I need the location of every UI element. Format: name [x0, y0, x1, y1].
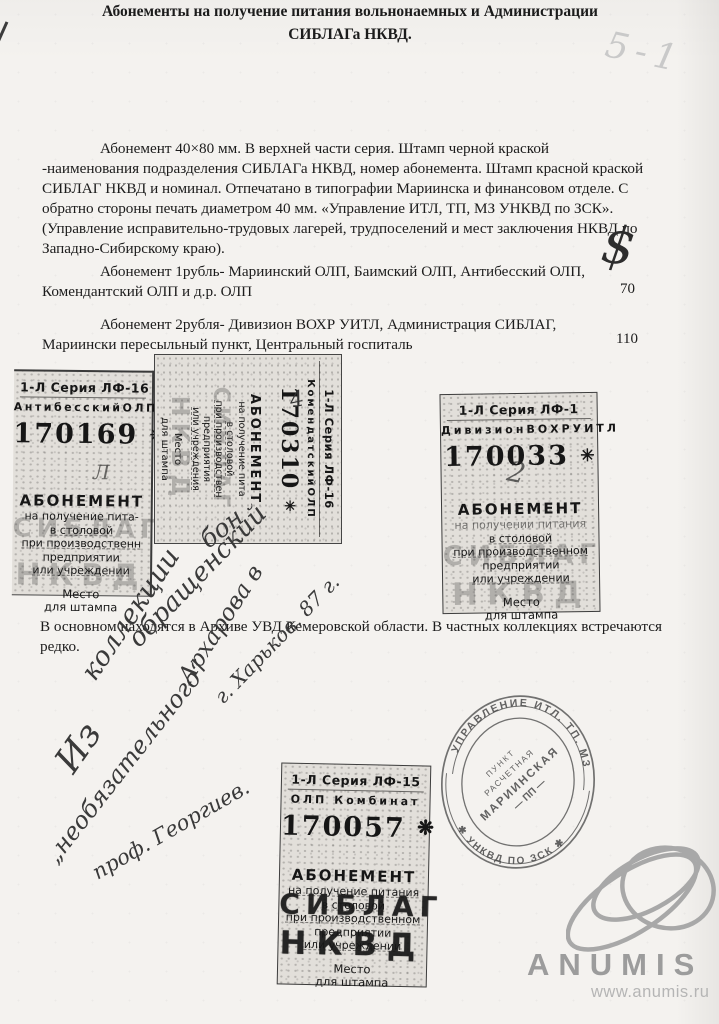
stamp-place-line1: Место	[172, 355, 185, 543]
star-icon: ❋	[417, 815, 434, 839]
document-page: 5-1 Абонементы на получение питания воль…	[0, 0, 719, 1024]
ticket-line: в столовой	[12, 523, 150, 538]
ticket-number-value: 170033	[444, 440, 569, 473]
paragraph-one-ruble: Абонемент 1рубль- Мариинский ОЛП, Баимск…	[42, 262, 602, 302]
small-mark-l: Л	[93, 460, 110, 484]
ticket-number: 170057 ❋	[281, 810, 430, 844]
ticket-kombinat: 1-Л Серия ЛФ-15 ОЛП Комбинат 170057 ❋ АБ…	[277, 762, 432, 987]
price-70: 70	[620, 281, 635, 298]
stamp-place-label: Место для штампа	[278, 961, 427, 990]
ticket-number: 170310 ✳	[276, 355, 302, 543]
anumis-logo-text: ANUMIS	[527, 947, 703, 983]
stamp-place-label: Место для штампа	[159, 355, 185, 543]
anumis-url: www.anumis.ru	[591, 983, 709, 1002]
ticket-line: или учреждении	[443, 571, 599, 587]
paragraph-description: Абонемент 40×80 мм. В верхней части сери…	[42, 139, 644, 259]
ticket-line: или учреждения	[190, 355, 202, 543]
ticket-series: 1-Л Серия ЛФ-16	[20, 371, 146, 398]
ticket-line: предприятия	[201, 355, 213, 543]
paragraph-two-ruble: Абонемент 2рубля- Дивизион ВОХР УИТЛ, Ад…	[42, 315, 602, 355]
stamp-place-line2: для штампа	[278, 974, 426, 990]
ticket-unit: ОЛП Комбинат	[281, 792, 429, 808]
ticket-antibessky: 1-Л Серия ЛФ-16 АнтибесскийОЛП 170169 ✳ …	[12, 369, 154, 596]
ticket-unit: КомендатскийОЛП	[305, 355, 316, 543]
star-icon: ✳	[281, 500, 297, 512]
ticket-line: при производственном	[443, 544, 599, 560]
star-icon: ✳	[580, 446, 595, 466]
ticket-vohr: 1-Л Серия ЛФ-1 ДивизионВОХРУИТЛ 170033 ✳…	[439, 392, 600, 614]
anumis-rings-icon	[566, 826, 719, 954]
ticket-series: 1-Л Серия ЛФ-15	[288, 764, 425, 793]
ticket-unit: АнтибесскийОЛП	[14, 400, 152, 414]
title-line-2: СИБЛАГа НКВД.	[0, 23, 700, 46]
ticket-line: или учреждении	[278, 937, 426, 954]
ticket-title: АБОНЕМЕНТ	[442, 499, 598, 519]
ticket-line: предприятии	[12, 550, 150, 565]
ticket-line: на получении питания	[442, 517, 598, 533]
price-110: 110	[616, 331, 638, 348]
ticket-series: 1-Л Серия ЛФ-16	[319, 361, 341, 537]
ticket-line: при производственн	[12, 536, 150, 551]
ticket-series: 1-Л Серия ЛФ-1	[446, 393, 590, 421]
ticket-line: или учреждении	[12, 563, 150, 578]
ticket-number: 170169 ✳	[13, 418, 151, 450]
page-title: Абонементы на получение питания вольнона…	[0, 0, 700, 47]
ticket-title: АБОНЕМЕНТ	[13, 491, 151, 510]
stamp-place-line2: для штампа	[159, 355, 172, 543]
ticket-number-value: 170057	[281, 810, 406, 844]
title-line-1: Абонементы на получение питания вольнона…	[0, 0, 700, 23]
ticket-line: на получение пита-	[13, 509, 151, 524]
dollar-mark: $	[598, 214, 639, 278]
ticket-unit: ДивизионВОХРУИТЛ	[441, 422, 597, 437]
ticket-number-value: 170169	[13, 418, 138, 450]
